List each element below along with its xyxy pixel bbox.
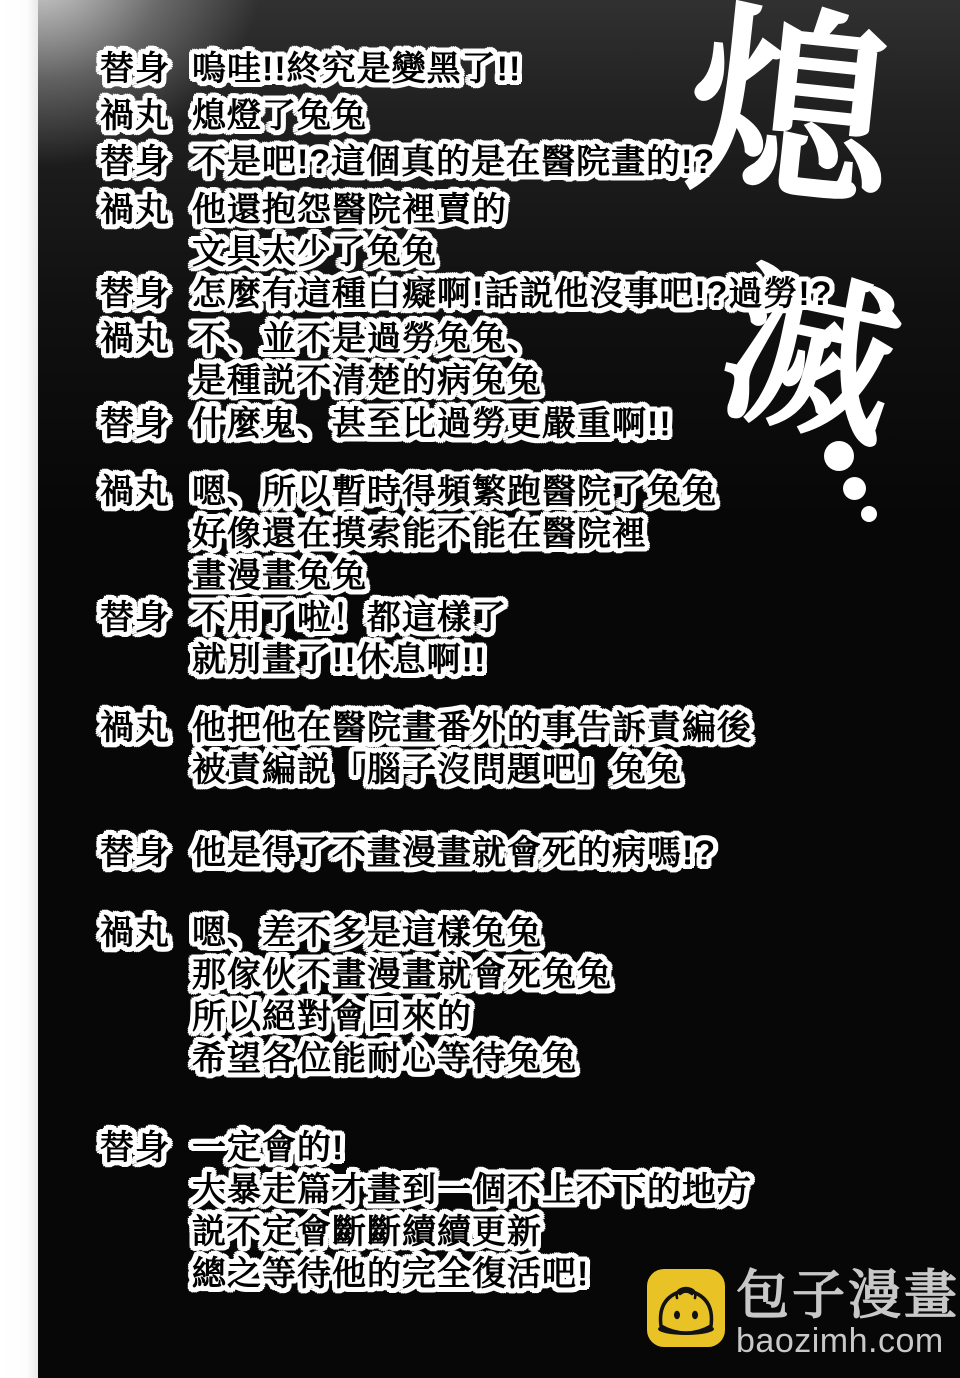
- dialogue-lines: 他是得了不畫漫畫就會死的病嗎!?: [192, 832, 880, 874]
- speaker-label: 替身: [100, 273, 192, 315]
- dialogue-line: 什麼鬼、甚至比過勞更嚴重啊!!: [192, 403, 880, 445]
- dialogue-line: 那傢伙不畫漫畫就會死兔兔: [192, 954, 880, 996]
- speaker-label: 禍丸: [100, 912, 192, 954]
- dialogue-line: 怎麼有這種白癡啊!話説他沒事吧!?過勞!?: [192, 273, 880, 315]
- dialogue-row: 替身怎麼有這種白癡啊!話説他沒事吧!?過勞!?: [100, 273, 880, 315]
- watermark-site-url: baozimh.com: [736, 1323, 960, 1359]
- dialogue-line: 文具太少了兔兔: [192, 231, 880, 273]
- speaker-label: 替身: [100, 403, 192, 445]
- speaker-label: 替身: [100, 832, 192, 874]
- speaker-label: 禍丸: [100, 318, 192, 360]
- dialogue-line: 嗯、所以暫時得頻繁跑醫院了兔兔: [192, 471, 880, 513]
- page-edge-strip: [0, 0, 38, 1378]
- dialogue-row: 禍丸嗯、所以暫時得頻繁跑醫院了兔兔好像還在摸索能不能在醫院裡畫漫畫兔兔: [100, 471, 880, 597]
- dialogue-lines: 熄燈了兔兔: [192, 95, 880, 137]
- speaker-label: 替身: [100, 48, 192, 90]
- watermark-text: 包子漫畫 baozimh.com: [736, 1268, 960, 1359]
- speaker-label: 替身: [100, 597, 192, 639]
- dialogue-line: 他把他在醫院畫番外的事告訴責編後: [192, 707, 880, 749]
- speaker-label: 禍丸: [100, 95, 192, 137]
- speaker-label: 替身: [100, 1127, 192, 1169]
- dialogue-lines: 什麼鬼、甚至比過勞更嚴重啊!!: [192, 403, 880, 445]
- dialogue-line: 所以絕對會回來的: [192, 996, 880, 1038]
- dialogue-line: 他是得了不畫漫畫就會死的病嗎!?: [192, 832, 880, 874]
- dialogue-row: 替身什麼鬼、甚至比過勞更嚴重啊!!: [100, 403, 880, 445]
- dialogue-line: 畫漫畫兔兔: [192, 555, 880, 597]
- dialogue-lines: 不用了啦！都這樣了就別畫了!!休息啊!!: [192, 597, 880, 681]
- watermark-site-name: 包子漫畫: [736, 1268, 960, 1323]
- dialogue-line: 好像還在摸索能不能在醫院裡: [192, 513, 880, 555]
- dialogue-lines: 怎麼有這種白癡啊!話説他沒事吧!?過勞!?: [192, 273, 880, 315]
- dialogue-line: 大暴走篇才畫到一個不上不下的地方: [192, 1169, 880, 1211]
- dialogue-line: 嗚哇!!終究是變黑了!!: [192, 48, 880, 90]
- speaker-label: 禍丸: [100, 189, 192, 231]
- dialogue-row: 替身不用了啦！都這樣了就別畫了!!休息啊!!: [100, 597, 880, 681]
- dialogue-line: 希望各位能耐心等待兔兔: [192, 1038, 880, 1080]
- dialogue-row: 替身嗚哇!!終究是變黑了!!: [100, 48, 880, 90]
- dialogue-transcript: 替身嗚哇!!終究是變黑了!!禍丸熄燈了兔兔替身不是吧!?這個真的是在醫院畫的!?…: [100, 48, 880, 1295]
- dialogue-row: 替身他是得了不畫漫畫就會死的病嗎!?: [100, 832, 880, 874]
- speaker-label: 禍丸: [100, 707, 192, 749]
- dialogue-line: 不用了啦！都這樣了: [192, 597, 880, 639]
- dialogue-lines: 他還抱怨醫院裡賣的文具太少了兔兔: [192, 189, 880, 273]
- dialogue-row: 替身不是吧!?這個真的是在醫院畫的!?: [100, 141, 880, 183]
- dialogue-lines: 嗯、差不多是這樣兔兔那傢伙不畫漫畫就會死兔兔所以絕對會回來的希望各位能耐心等待兔…: [192, 912, 880, 1080]
- dialogue-row: 禍丸不、並不是過勞兔兔、是種説不清楚的病兔兔: [100, 318, 880, 402]
- dialogue-row: 禍丸嗯、差不多是這樣兔兔那傢伙不畫漫畫就會死兔兔所以絕對會回來的希望各位能耐心等…: [100, 912, 880, 1080]
- dialogue-row: 禍丸他把他在醫院畫番外的事告訴責編後被責編説「腦子沒問題吧」兔兔: [100, 707, 880, 791]
- dialogue-lines: 他把他在醫院畫番外的事告訴責編後被責編説「腦子沒問題吧」兔兔: [192, 707, 880, 791]
- dialogue-row: 禍丸他還抱怨醫院裡賣的文具太少了兔兔: [100, 189, 880, 273]
- watermark: 包子漫畫 baozimh.com: [646, 1268, 960, 1359]
- dialogue-row: 禍丸熄燈了兔兔: [100, 95, 880, 137]
- bao-bun-icon: [646, 1268, 726, 1348]
- dialogue-lines: 嗚哇!!終究是變黑了!!: [192, 48, 880, 90]
- dialogue-line: 他還抱怨醫院裡賣的: [192, 189, 880, 231]
- dialogue-lines: 嗯、所以暫時得頻繁跑醫院了兔兔好像還在摸索能不能在醫院裡畫漫畫兔兔: [192, 471, 880, 597]
- dialogue-line: 熄燈了兔兔: [192, 95, 880, 137]
- dialogue-line: 一定會的!: [192, 1127, 880, 1169]
- dialogue-line: 不是吧!?這個真的是在醫院畫的!?: [192, 141, 880, 183]
- dialogue-line: 是種説不清楚的病兔兔: [192, 360, 880, 402]
- manga-page: 熄 滅 替身嗚哇!!終究是變黑了!!禍丸熄燈了兔兔替身不是吧!?這個真的是在醫院…: [0, 0, 960, 1378]
- dialogue-line: 説不定會斷斷續續更新: [192, 1211, 880, 1253]
- dialogue-lines: 不、並不是過勞兔兔、是種説不清楚的病兔兔: [192, 318, 880, 402]
- dialogue-line: 被責編説「腦子沒問題吧」兔兔: [192, 749, 880, 791]
- dialogue-lines: 不是吧!?這個真的是在醫院畫的!?: [192, 141, 880, 183]
- speaker-label: 禍丸: [100, 471, 192, 513]
- dialogue-line: 不、並不是過勞兔兔、: [192, 318, 880, 360]
- speaker-label: 替身: [100, 141, 192, 183]
- dialogue-line: 就別畫了!!休息啊!!: [192, 639, 880, 681]
- dialogue-line: 嗯、差不多是這樣兔兔: [192, 912, 880, 954]
